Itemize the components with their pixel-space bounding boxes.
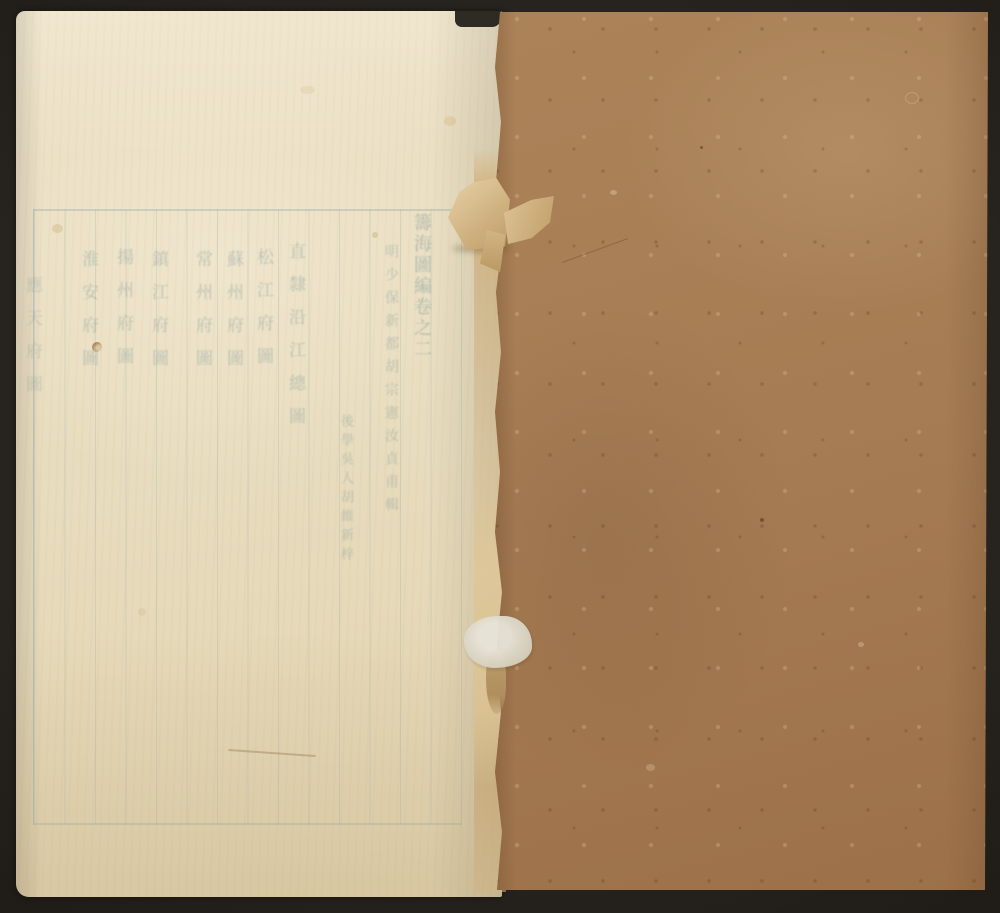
attribution-column: 明少保新都胡宗憲汝貞甫輯 xyxy=(381,244,401,520)
paper-fleck xyxy=(700,146,703,149)
foxing-stain xyxy=(138,608,146,616)
paper-fleck xyxy=(646,764,655,771)
toc-entry-yangzhou: 揚州府圖 xyxy=(111,248,136,380)
toc-entry-huaian: 淮安府圖 xyxy=(76,250,101,382)
toc-entry-changzhou: 常州府圖 xyxy=(190,250,215,382)
paper-fleck xyxy=(610,190,617,195)
foxing-stain xyxy=(444,116,456,126)
toc-entry-general-map: 直隸沿江總圖 xyxy=(283,242,308,440)
toc-entry-songjiang: 松江府圖 xyxy=(251,248,276,380)
foxing-stain xyxy=(300,86,315,94)
toc-entry-suzhou: 蘇州府圖 xyxy=(221,250,246,382)
repair-patch xyxy=(464,616,532,668)
right-page-brown xyxy=(486,12,988,890)
toc-entry-yingtian: 應天府圖 xyxy=(20,276,45,408)
gutter-shadow-top xyxy=(455,10,501,27)
left-page: 籌海圖編卷之二 明少保新都胡宗憲汝貞甫輯 後學吳人胡維新梓 直隸沿江總圖 松江府… xyxy=(16,11,502,897)
paper-fleck xyxy=(858,642,864,647)
foxing-stain xyxy=(52,224,63,233)
toc-entry-zhenjiang: 鎮江府圖 xyxy=(146,250,171,382)
foxing-stain xyxy=(372,232,378,238)
foxing-stain xyxy=(92,342,102,352)
paper-fiber xyxy=(562,238,628,263)
photo-background: 籌海圖編卷之二 明少保新都胡宗憲汝貞甫輯 後學吳人胡維新梓 直隸沿江總圖 松江府… xyxy=(0,0,1000,913)
paper-fleck xyxy=(760,518,764,522)
volume-title-column: 籌海圖編卷之二 xyxy=(408,213,434,360)
paper-fleck xyxy=(905,92,919,104)
attribution-column-2: 後學吳人胡維新梓 xyxy=(336,414,355,566)
